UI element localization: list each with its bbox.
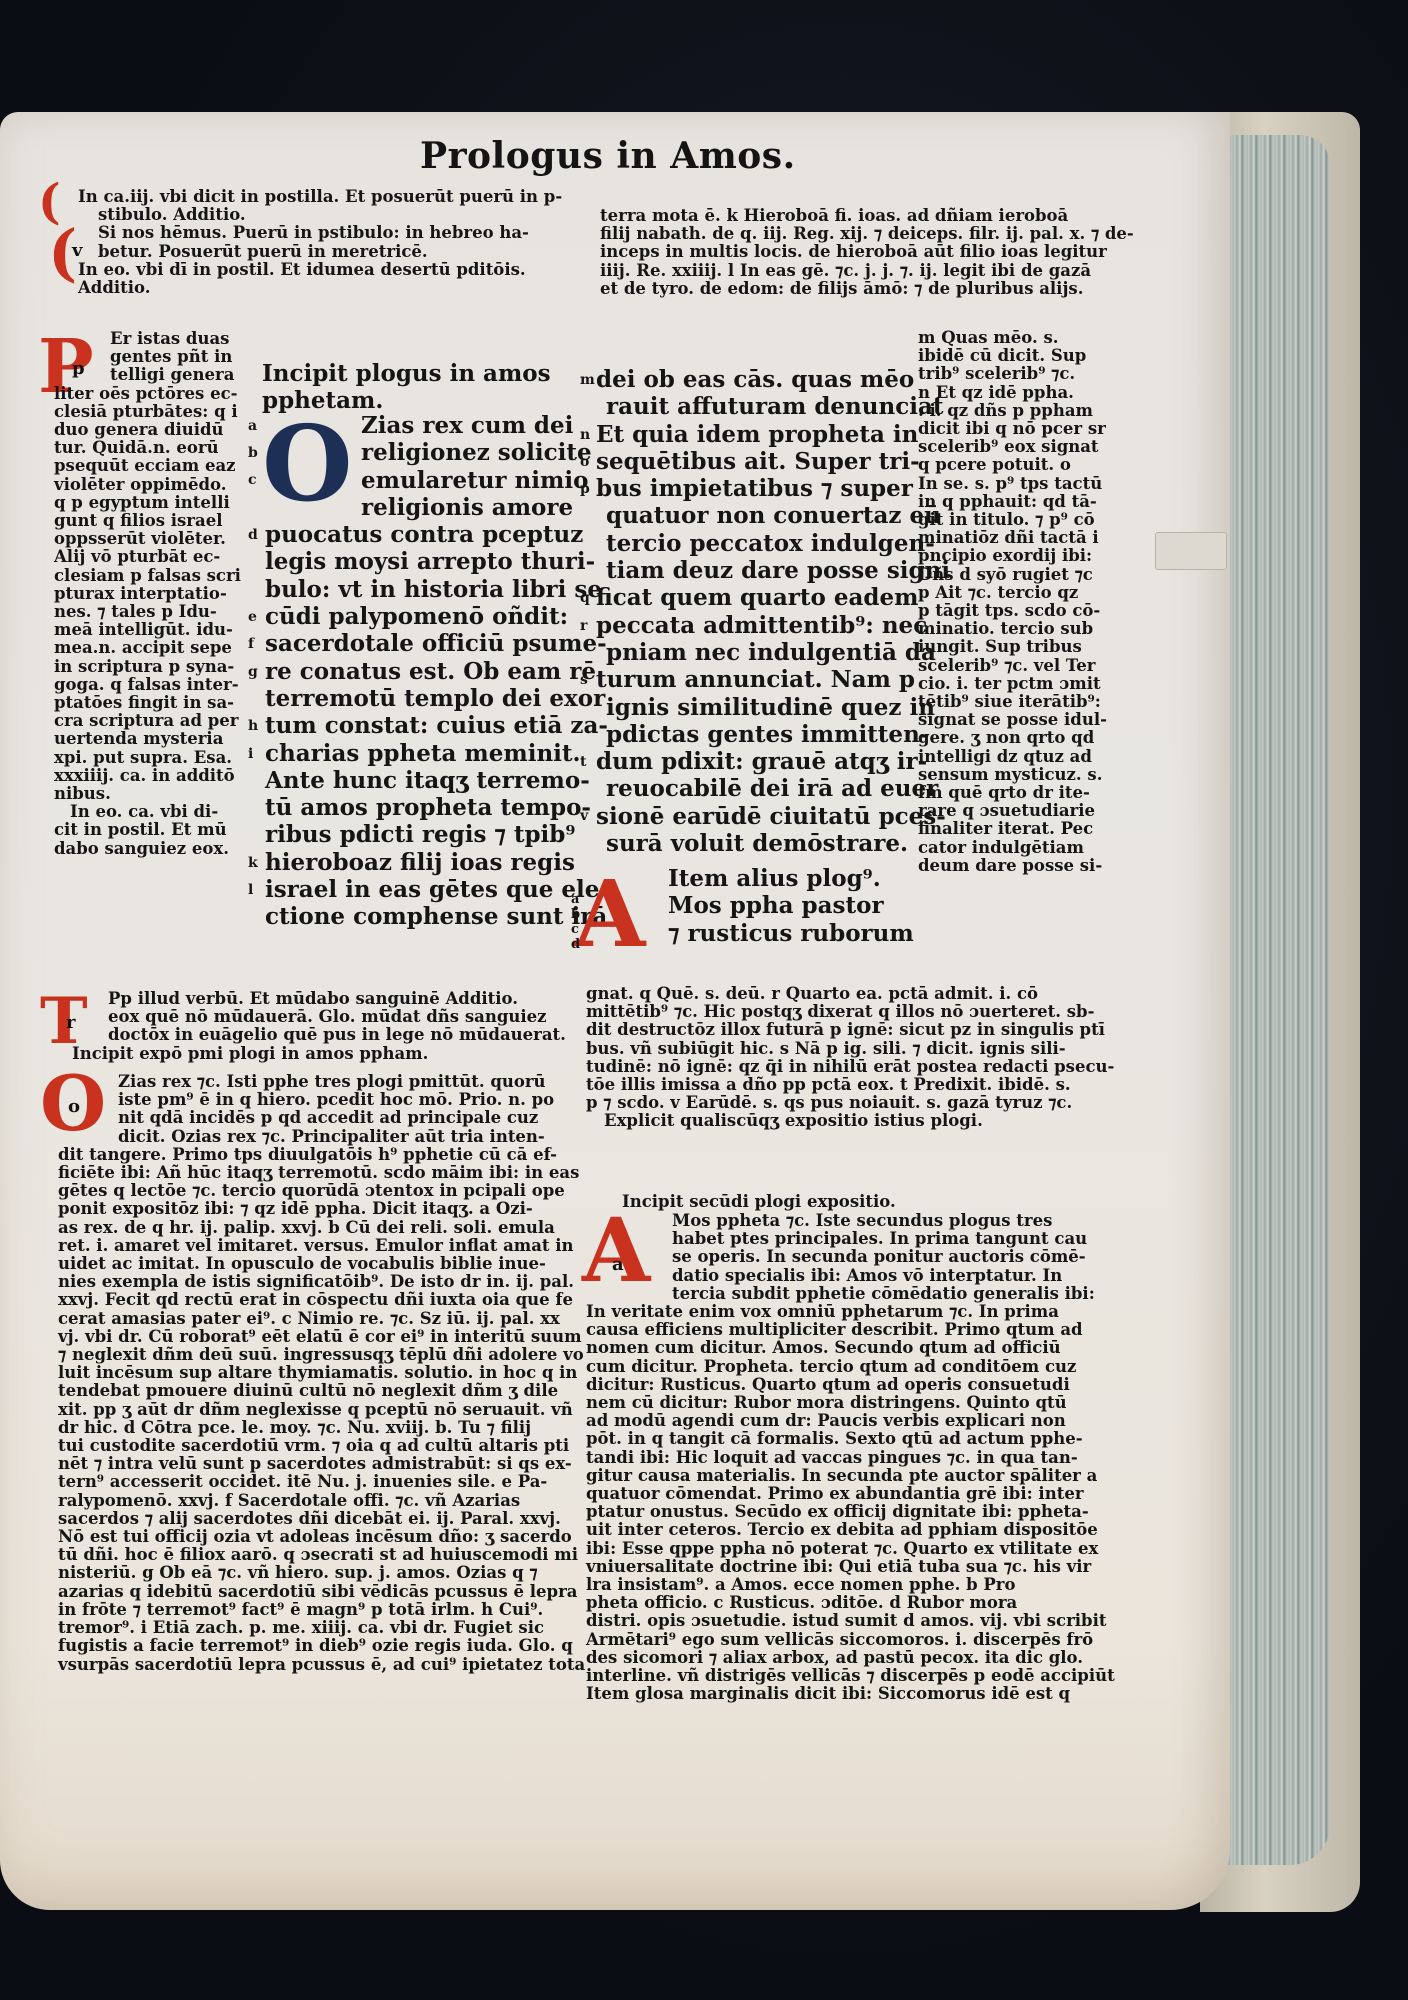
gloss-line: betur. Posuerūt puerū in meretricē. [78,243,578,261]
gloss-line: mea.n. accipit sepe [54,639,234,657]
text-line: rauit affuturam denunciat [596,393,896,420]
text-line: nies exempla de istis significatōib⁹. De… [58,1273,568,1291]
gloss-line: iiij. Re. xxiiij. l In eas gē. ⁊c. j. j.… [600,262,1100,280]
guide-letter: d [571,937,580,952]
guide-letter: a [571,892,580,907]
text-line: re conatus est. Ob eam rē [265,658,585,685]
gloss-line: sensum mysticuz. s. [918,766,1098,784]
text-line: peccata admittentib⁹: nec [596,612,896,639]
text-line: Mos ppheta ⁊c. Iste secundus plogus tres [586,1212,1096,1230]
left-narrow-gloss: Er istas duas gentes pñt in telligi gene… [54,330,234,858]
gloss-line: ptatōes fingit in sa- [54,694,234,712]
main-text-col2: dei ob eas cās. quas mēo rauit affuturam… [596,366,896,857]
gloss-line: finaliter iterat. Pec [918,820,1098,838]
margin-letter-s: s [580,672,588,688]
text-line: tercio peccatox indulgen- [596,530,896,557]
second-prologue-heading: Incipit secūdi plogi expositio. [622,1193,896,1211]
text-line: luit incēsum sup altare thymiamatis. sol… [58,1364,568,1382]
gloss-line: meā intelligūt. idu- [54,621,234,639]
text-line: lra insistam⁹. a Amos. ecce nomen pphe. … [586,1576,1096,1594]
gloss-line: deum dare posse si- [918,857,1098,875]
text-line: ficiēte ibi: Añ hūc itaqʒ terremotū. scd… [58,1164,568,1182]
gloss-line: pncipio exordij ibi: [918,547,1098,565]
text-line: tum constat: cuius etiā za- [265,712,585,739]
gloss-line: gentes pñt in [54,348,234,366]
text-line: sequētibus ait. Super tri- [596,448,896,475]
text-line: turum annunciat. Nam p [596,666,896,693]
text-line: sacerdos ⁊ alij sacerdotes dñi dicebāt e… [58,1510,568,1528]
text-line: dit destructōz illox futurā p ignē: sicu… [586,1021,1096,1039]
text-line: quatuor cōmendat. Primo ex abundantia gr… [586,1485,1096,1503]
text-line: Pp illud verbū. Et mūdabo sanguinē Addit… [56,990,566,1008]
margin-letter-d: d [248,527,258,543]
bookmark-tab[interactable] [1155,532,1227,570]
gloss-line: p tāgit tps. scdo cō- [918,602,1098,620]
margin-letter-g: g [248,664,258,680]
gloss-line: minatio. tercio sub [918,620,1098,638]
text-line: vniuersalitate doctrine ibi: Qui etiā tu… [586,1558,1096,1576]
gloss-line: duo genera diuidū [54,421,234,439]
lower-right-commentary: Mos ppheta ⁊c. Iste secundus plogus tres… [586,1212,1096,1703]
text-line: hieroboaz filij ioas regis [265,849,585,876]
text-line: uidet ac imitat. In opusculo de vocabuli… [58,1255,568,1273]
text-line: tū amos propheta tempo- [265,794,585,821]
text-line: sionē earūdē ciuitatū pces- [596,803,896,830]
text-line: pdictas gentes immitten- [596,721,896,748]
margin-letter-p: p [580,481,590,497]
text-line: ralypomenō. xxvj. f Sacerdotale offi. ⁊c… [58,1492,568,1510]
gloss-line: rare q ɔsuetudiarie [918,802,1098,820]
gloss-line: minatiōz dñi tactā i [918,529,1098,547]
text-line: cūdi palypomenō oñdit: [265,603,585,630]
text-line: tōe illis imissa a dño pp pctā eox. t Pr… [586,1076,1096,1094]
text-line: ignis similitudinē quez in [596,694,896,721]
text-line: ⁊ rusticus ruborum [668,920,908,947]
text-line: charias pphetа meminit. [265,740,585,767]
text-line: Ante hunc itaqʒ terremo- [265,767,585,794]
margin-letter-v: v [580,808,588,824]
margin-letter-a: a [248,418,257,434]
text-line: pōt. in q tangit cā formalis. Sexto qtū … [586,1430,1096,1448]
text-line: ptatur onustus. Secūdo ex officij dignit… [586,1503,1096,1521]
gloss-line: scelerib⁹ eox signat [918,438,1098,456]
gloss-line: fm quē qrto dr ite- [918,784,1098,802]
gloss-line: violēter oppimēdo. [54,476,234,494]
lower-left-commentary: Zias rex ⁊c. Isti pphe tres plogi pmittū… [58,1073,568,1674]
guide-letter: b [571,907,580,922]
gloss-line: q p egyptum intelli [54,494,234,512]
text-line: gētes q lectōe ⁊c. tercio quorūdā ɔtento… [58,1182,568,1200]
gloss-line: Alij vō pturbāt ec- [54,548,234,566]
gloss-line: uertenda mysteria [54,730,234,748]
gloss-line: signat se posse idul- [918,711,1098,729]
gloss-line: m Quas mēo. s. [918,329,1098,347]
gloss-line: In eo. vbi dī in postil. Et idumea deser… [78,261,578,279]
margin-letter-i: i [248,746,253,762]
text-line: ret. i. amaret vel imitaret. versus. Emu… [58,1237,568,1255]
text-line: pheta officio. c Rusticus. ɔditōe. d Rub… [586,1594,1096,1612]
gloss-line: cator indulgētiam [918,839,1098,857]
margin-letter-k: k [248,855,258,871]
margin-letter-e: e [248,609,257,625]
text-line: tudinē: nō ignē: qz q̄i in nihilū erāt p… [586,1058,1096,1076]
text-line: cerat amasias pater ei⁹. c Nimio re. ⁊c.… [58,1310,568,1328]
text-line: tiam deuz dare posse signi [596,557,896,584]
initial-red-a-prologue: A [574,868,645,960]
text-line: vsurpās sacerdotiū lepra pcussus ē, ad c… [58,1656,568,1674]
text-line: dicitur: Rusticus. Quarto qtum ad operis… [586,1376,1096,1394]
gloss-line: trib⁹ scelerib⁹ ⁊c. [918,365,1098,383]
margin-letter-b: b [248,445,258,461]
text-line: Item alius plog⁹. [668,865,908,892]
heading-line: Incipit plogus in amos [262,360,582,387]
text-line: legis moysi arrepto thuri- [265,548,585,575]
margin-letter-o: o [580,454,589,470]
gloss-line: terra mota ē. k Hieroboā fi. ioas. ad dñ… [600,207,1100,225]
text-line: Zias rex cum dei [265,412,585,439]
gloss-line: dicit ibi q nō pcer sr [918,420,1098,438]
gloss-line: Dñs d syō rugiet ⁊c [918,566,1098,584]
text-line: Zias rex ⁊c. Isti pphe tres plogi pmittū… [58,1073,568,1091]
running-header: Prologus in Amos. [420,135,920,177]
text-line: bus. vñ subiūgit hic. s Nā p ig. sili. ⁊… [586,1040,1096,1058]
gloss-line: xxxiiij. ca. in additō [54,767,234,785]
lower-left-intro: Pp illud verbū. Et mūdabo sanguinē Addit… [56,990,566,1063]
gloss-line: goga. q falsas inter- [54,676,234,694]
guide-letter: c [571,922,580,937]
text-line: reuocabilē dei irā ad euer [596,775,896,802]
gloss-line: pturax interptatio- [54,585,234,603]
text-line: gitur causa materialis. In secunda pte a… [586,1467,1096,1485]
text-line: Explicit qualiscūqʒ expositio istius plo… [586,1112,1096,1130]
text-line: emularetur nimio [265,467,585,494]
gloss-line: Er istas duas [54,330,234,348]
text-line: surā voluit demōstrare. [596,830,896,857]
text-line: Item glosa marginalis dicit ibi: Siccomo… [586,1685,1096,1703]
text-line: In veritate enim vox omniū pphetarum ⁊c.… [586,1303,1096,1321]
gloss-line: xpi. put supra. Esa. [54,749,234,767]
text-line: dicit. Ozias rex ⁊c. Principaliter aūt t… [58,1128,568,1146]
text-line: distri. opis ɔsuetudie. istud sumit d am… [586,1612,1096,1630]
gloss-line: . i. qz dñs p ppham [918,402,1098,420]
gloss-line: gere. ʒ non qrto qd [918,729,1098,747]
gloss-line: cio. i. ter pctm ɔmit [918,675,1098,693]
text-line: gnat. q Quē. s. deū. r Quarto ea. pctā a… [586,985,1096,1003]
gloss-line: scelerib⁹ ⁊c. vel Ter [918,657,1098,675]
gloss-line: in scriptura p syna- [54,658,234,676]
text-line: Et quia idem propheta in [596,421,896,448]
text-line: religionez solicite [265,439,585,466]
text-line: Nō est tui officij ozia vt adoleas incēs… [58,1528,568,1546]
text-line: ficat quem quarto eadem [596,584,896,611]
text-line: mittētib⁹ ⁊c. Hic postqʒ dixerat q illos… [586,1003,1096,1021]
text-line: causa efficiens multipliciter describit.… [586,1321,1096,1339]
text-line: tū dñi. hoc ē filiox aarō. q ɔsecrati st… [58,1546,568,1564]
gloss-line: In ca.iij. vbi dicit in postilla. Et pos… [78,188,578,206]
text-line: Incipit expō pmi plogi in amos ppham. [56,1045,566,1063]
text-line: ctione comphense sunt irā [265,903,585,930]
text-line: tremor⁹. i Etiā zach. p. me. xiiij. ca. … [58,1619,568,1637]
gloss-line: In se. s. p⁹ tps tactū [918,475,1098,493]
top-gloss-left: In ca.iij. vbi dicit in postilla. Et pos… [78,188,578,297]
text-line: dit tangere. Primo tps diuulgatōis h⁹ pp… [58,1146,568,1164]
text-line: ponit expositōz ibi: ⁊ qz idē ppha. Dici… [58,1200,568,1218]
gloss-line: cra scriptura ad per [54,712,234,730]
gloss-line: nibus. [54,785,234,803]
text-line: ribus pdicti regis ⁊ tpib⁹ [265,821,585,848]
margin-letter-l: l [248,882,253,898]
gloss-line: gunt q filios israel [54,512,234,530]
text-line: iste pm⁹ ē in q hiero. pcedit hoc mō. Pr… [58,1091,568,1109]
gloss-line: oppsserūt violēter. [54,530,234,548]
text-line: vj. vbi dr. Cū roborat⁹ eēt elatū ē cor … [58,1328,568,1346]
text-line: terremotū templo dei exor [265,685,585,712]
text-line: dum pdixit: grauē atqʒ ir- [596,748,896,775]
text-line: tern⁹ accesserit occidet. itē Nu. j. inu… [58,1473,568,1491]
gloss-line: In eo. ca. vbi di- [54,803,234,821]
gloss-line: telligi genera [54,366,234,384]
gloss-line: filij nabath. de q. iij. Reg. xij. ⁊ dei… [600,225,1100,243]
gloss-line: Additio. [78,279,578,297]
text-line: religionis amore [265,494,585,521]
margin-letter-c: c [248,472,257,488]
gloss-line: Si nos hēmus. Puerū in pstibulo: in hebr… [78,224,578,242]
text-line: tendebat pmouere diuinū cultū nō neglexi… [58,1382,568,1400]
gloss-line: liter oēs pctōres ec- [54,385,234,403]
gloss-line: tur. Quidā.n. eorū [54,439,234,457]
guide-letters-abcd: a b c d [571,892,580,952]
gloss-line: nes. ⁊ tales p Idu- [54,603,234,621]
main-text-col1: Zias rex cum dei religionez solicite emu… [265,412,585,931]
text-line: fugistis a facie terremot⁹ in dieb⁹ ozie… [58,1637,568,1655]
text-line: puocatus contra pceptuz [265,521,585,548]
text-line: ibi: Esse qppe ppha nō poterat ⁊c. Quart… [586,1540,1096,1558]
text-line: tandi ibi: Hic loquit ad vaccas pingues … [586,1449,1096,1467]
gloss-line: intelligi dz qtuz ad [918,748,1098,766]
text-line: des sicomori ⁊ aliax arbox, ad pastū pec… [586,1649,1096,1667]
text-line: cum dicitur. Propheta. tercio qtum ad co… [586,1358,1096,1376]
gloss-line: tētib⁹ siue iterātib⁹: [918,693,1098,711]
text-line: bulo: vt in historia libri se [265,576,585,603]
text-line: dr hic. d Cōtra pce. le. moy. ⁊c. Nu. xv… [58,1419,568,1437]
text-line: nomen cum dicitur. Amos. Secundo qtum ad… [586,1339,1096,1357]
gloss-line: n Et qz idē ppha. [918,384,1098,402]
margin-letter-m: m [580,372,595,388]
margin-letter-t: t [580,754,586,770]
margin-letter-n: n [580,427,590,443]
gloss-line: clesiā pturbātes: q i [54,403,234,421]
gloss-line: et de tyro. de edom: de filijs āmō: ⁊ de… [600,280,1100,298]
text-line: eox quē nō mūdauerā. Glo. mūdat dñs sang… [56,1008,566,1026]
text-line: in frōte ⁊ terremot⁹ fact⁹ ē magn⁹ p tot… [58,1601,568,1619]
text-line: tercia subdit pphetie cōmēdatio generali… [586,1285,1096,1303]
top-gloss-right: terra mota ē. k Hieroboā fi. ioas. ad dñ… [600,207,1100,298]
text-line: se operis. In secunda ponitur auctoris c… [586,1248,1096,1266]
text-line: bus impietatibus ⁊ super [596,475,896,502]
gloss-line: dabo sanguiez eox. [54,840,234,858]
text-line: nem cū dicitur: Rubor mora distringens. … [586,1394,1096,1412]
gloss-line: cit in postil. Et mū [54,821,234,839]
text-line: azarias q idebitū sacerdotiū sibi vēdicā… [58,1583,568,1601]
text-line: Armētari⁹ ego sum vellicās siccomoros. i… [586,1631,1096,1649]
text-line: p ⁊ scdo. v Earūdē. s. qs pus noiauit. s… [586,1094,1096,1112]
text-line: ⁊ neglexit dñm deū suū. ingressusqʒ tēpl… [58,1346,568,1364]
text-line: quatuor non conuertaz eū [596,502,896,529]
text-line: datio specialis ibi: Amos vō interptatur… [586,1267,1096,1285]
text-line: xit. pp ʒ aūt dr dñm neglexisse q pceptū… [58,1401,568,1419]
right-narrow-gloss: m Quas mēo. s. ibidē cū dicit. Sup trib⁹… [918,329,1098,875]
text-line: dei ob eas cās. quas mēo [596,366,896,393]
gloss-line: p Ait ⁊c. tercio qz [918,584,1098,602]
margin-letter-h: h [248,718,258,734]
gloss-line: q pcere potuit. o [918,456,1098,474]
text-line: nēt ⁊ intra velū sunt p sacerdotes admis… [58,1455,568,1473]
text-line: interline. vñ distrigēs vellicās ⁊ disce… [586,1667,1096,1685]
lower-right-intro: gnat. q Quē. s. deū. r Quarto ea. pctā a… [586,985,1096,1131]
gloss-line: clesiam p falsas scri [54,567,234,585]
margin-letter-f: f [248,636,254,652]
gloss-line: iungit. Sup tribus [918,638,1098,656]
margin-letter-r: r [580,618,587,634]
gloss-line: in q pphauit: qd tā- [918,493,1098,511]
gloss-line: ibidē cū dicit. Sup [918,347,1098,365]
margin-letter-q: q [580,590,590,606]
text-line: israel in eas gētes que ele- [265,876,585,903]
text-line: habet ptes principales. In prima tangunt… [586,1230,1096,1248]
text-line: tui custodite sacerdotiū vrm. ⁊ oia q ad… [58,1437,568,1455]
text-line: nisteriū. g Ob eā ⁊c. vñ hiero. sup. j. … [58,1564,568,1582]
gloss-line: psequūt ecciam eaz [54,457,234,475]
text-line: sacerdotale officiū psume- [265,630,585,657]
page-edges-stack [1218,135,1330,1865]
text-line: xxvj. Fecit qd rectū erat in cōspectu dñ… [58,1291,568,1309]
text-line: nit qdā incidēs p qd accedit ad principa… [58,1109,568,1127]
second-prologue-text: Item alius plog⁹. Mos ppha pastor ⁊ rust… [668,865,908,947]
gloss-line: stibulo. Additio. [78,206,578,224]
text-line: Mos ppha pastor [668,892,908,919]
text-line: ad modū agendi cum dr: Paucis verbis exp… [586,1412,1096,1430]
text-line: doctōx in euāgelio quē pus in lege nō mū… [56,1026,566,1044]
gloss-line: inceps in multis locis. de hieroboā aūt … [600,243,1100,261]
text-line: uit inter ceteros. Tercio ex debita ad p… [586,1521,1096,1539]
text-line: pniam nec indulgentiā da [596,639,896,666]
gloss-line: git in titulo. ⁊ p⁹ cō [918,511,1098,529]
text-line: as rex. de q hr. ij. palip. xxvj. b Cū d… [58,1219,568,1237]
